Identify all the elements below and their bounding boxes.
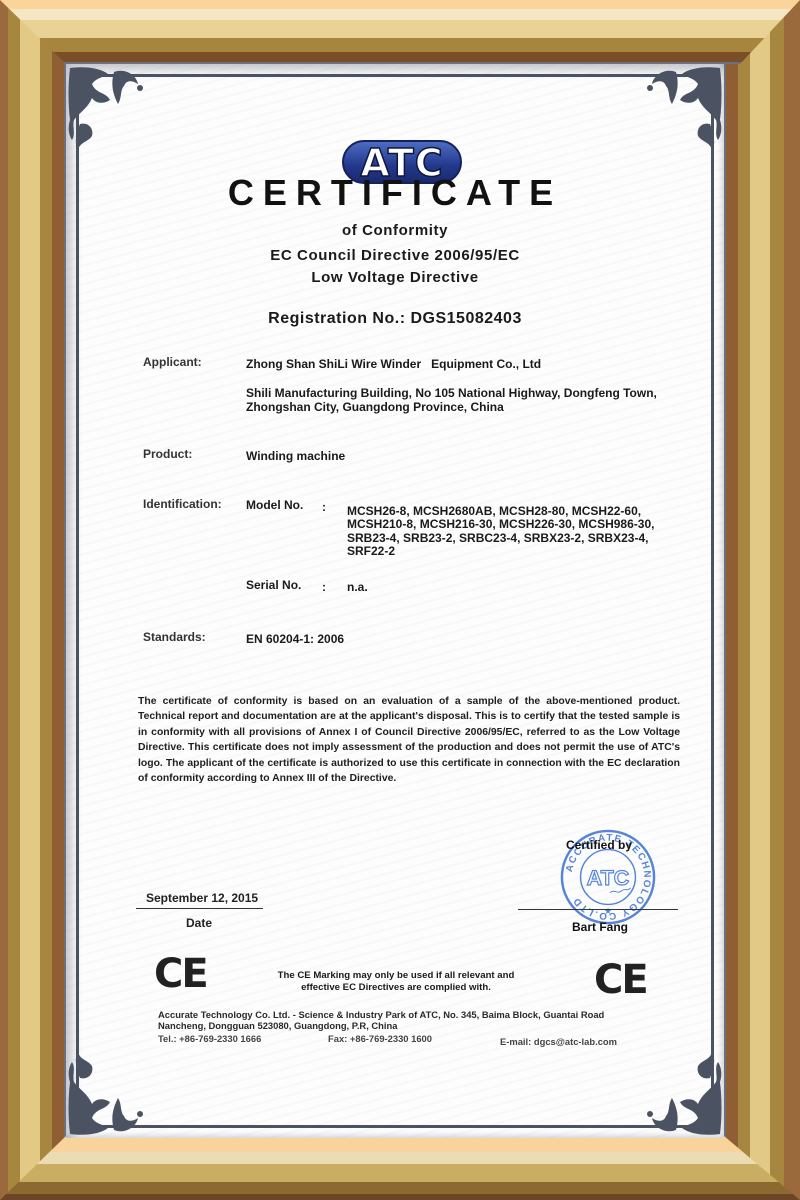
frame-top-edge [0, 0, 800, 64]
certificate-title: CERTIFICATE [66, 172, 724, 214]
date-label: Date [186, 916, 212, 930]
ce-mark-icon: CE [594, 960, 647, 1000]
signature-line [518, 909, 678, 910]
serial-colon: : [322, 580, 326, 594]
svg-text:ATC: ATC [587, 865, 630, 890]
signer-name: Bart Fang [572, 920, 628, 934]
corner-ornament-icon [66, 64, 156, 154]
frame-right-edge [724, 0, 800, 1200]
issuer-email: E-mail: dgcs@atc-lab.com [500, 1036, 617, 1047]
subtitle-low-voltage: Low Voltage Directive [66, 269, 724, 286]
serial-value: n.a. [347, 580, 368, 594]
ce-marking-note: The CE Marking may only be used if all r… [236, 970, 556, 994]
corner-ornament-icon [634, 1048, 724, 1138]
identification-label: Identification: [143, 497, 222, 511]
date-underline [136, 908, 263, 909]
corner-ornament-icon [634, 64, 724, 154]
model-line: SRB23-4, SRB23-2, SRBC23-4, SRBX23-2, SR… [347, 532, 657, 545]
issuer-address: Accurate Technology Co. Ltd. - Science &… [158, 1009, 638, 1032]
issuer-telephone: Tel.: +86-769-2330 1666 [158, 1033, 261, 1044]
issuer-address-line: Nancheng, Dongguan 523080, Guangdong, P.… [158, 1020, 638, 1031]
standards-value: EN 60204-1: 2006 [246, 632, 344, 646]
applicant-address-line-1: Shili Manufacturing Building, No 105 Nat… [246, 386, 657, 400]
serial-label: Serial No. [246, 578, 301, 592]
model-label: Model No. [246, 498, 303, 512]
issuer-address-line: Accurate Technology Co. Ltd. - Science &… [158, 1009, 638, 1020]
ce-note-line: effective EC Directives are complied wit… [236, 982, 556, 994]
certificate-paper: ATC CERTIFICATE of Conformity EC Council… [66, 64, 724, 1138]
svg-text:★: ★ [604, 906, 612, 916]
product-value: Winding machine [246, 449, 345, 463]
ce-note-line: The CE Marking may only be used if all r… [236, 970, 556, 982]
certified-by-label: Certified by [566, 838, 632, 852]
model-list: MCSH26-8, MCSH2680AB, MCSH28-80, MCSH22-… [347, 505, 657, 559]
conformity-statement: The certificate of conformity is based o… [138, 694, 680, 786]
model-line: MCSH210-8, MCSH216-30, MCSH226-30, MCSH9… [347, 518, 657, 531]
issuer-fax: Fax: +86-769-2330 1600 [328, 1033, 432, 1044]
model-line: MCSH26-8, MCSH2680AB, MCSH28-80, MCSH22-… [347, 505, 657, 518]
issue-date: September 12, 2015 [146, 891, 258, 905]
frame-bottom-edge [0, 1136, 800, 1200]
registration-number: Registration No.: DGS15082403 [66, 310, 724, 328]
applicant-address-line-2: Zhongshan City, Guangdong Province, Chin… [246, 400, 504, 414]
product-label: Product: [143, 447, 192, 461]
applicant-label: Applicant: [143, 355, 202, 369]
subtitle-directive: EC Council Directive 2006/95/EC [66, 247, 724, 264]
standards-label: Standards: [143, 630, 206, 644]
model-line: SRF22-2 [347, 545, 657, 558]
subtitle-conformity: of Conformity [66, 222, 724, 239]
model-colon: : [322, 500, 326, 514]
applicant-name: Zhong Shan ShiLi Wire Winder Equipment C… [246, 357, 541, 371]
frame-left-edge [0, 0, 66, 1200]
corner-ornament-icon [66, 1048, 156, 1138]
ce-mark-icon: CE [154, 954, 207, 994]
